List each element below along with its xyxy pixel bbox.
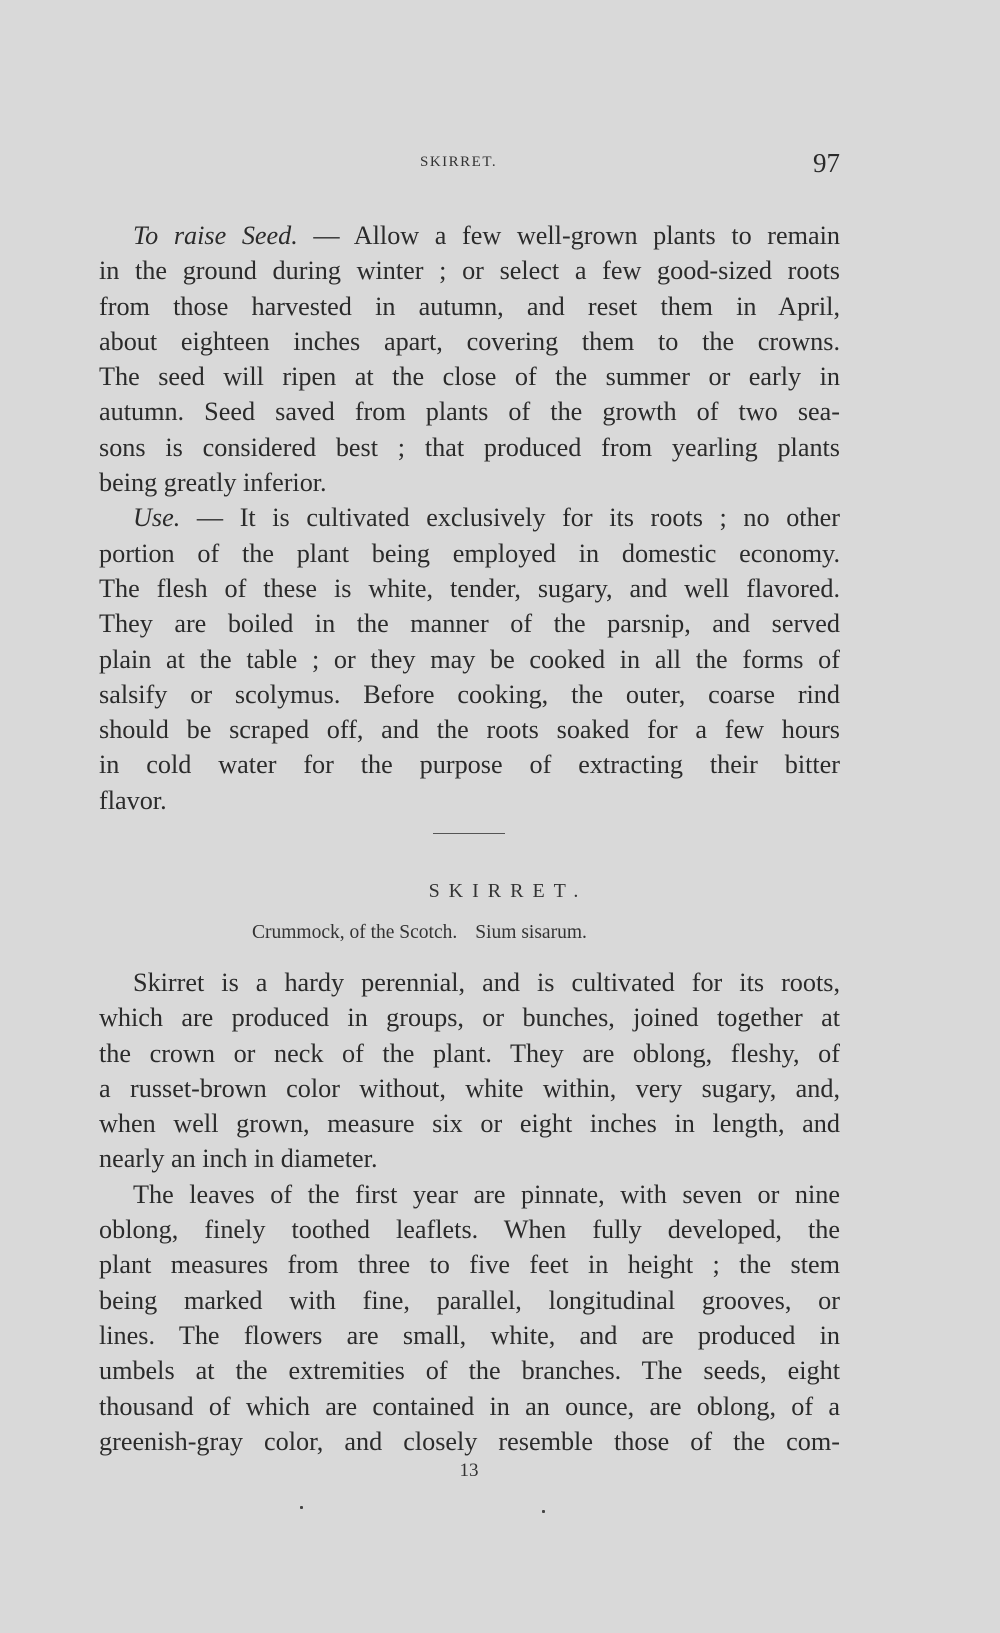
text-line: greenish-gray color, and closely resembl… bbox=[99, 1424, 840, 1459]
text-line: Skirret is a hardy perennial, and is cul… bbox=[99, 965, 840, 1000]
text-line: sons is considered best ; that produced … bbox=[99, 430, 840, 465]
text-line: thousand of which are contained in an ou… bbox=[99, 1389, 840, 1424]
text-line: a russet-brown color without, white with… bbox=[99, 1071, 840, 1106]
paragraph-use: Use. — It is cultivated exclusively for … bbox=[99, 500, 840, 818]
page-number: 97 bbox=[813, 148, 840, 179]
text-line: the crown or neck of the plant. They are… bbox=[99, 1036, 840, 1071]
section-subtitle: Crummock, of the Scotch.Sium sisarum. bbox=[252, 922, 682, 944]
paper-speck bbox=[300, 1506, 303, 1509]
text-line: which are produced in groups, or bunches… bbox=[99, 1000, 840, 1035]
lead-in-to-raise-seed: To raise Seed. bbox=[133, 221, 298, 250]
text-line: nearly an inch in diameter. bbox=[99, 1141, 840, 1176]
section-divider-rule bbox=[433, 833, 505, 834]
text-line: in cold water for the purpose of extract… bbox=[99, 747, 840, 782]
text-line: about eighteen inches apart, covering th… bbox=[99, 324, 840, 359]
lead-in-use: Use. bbox=[133, 503, 180, 532]
text-line: oblong, finely toothed leaflets. When fu… bbox=[99, 1212, 840, 1247]
text-line: The flesh of these is white, tender, sug… bbox=[99, 571, 840, 606]
text-line: lines. The flowers are small, white, and… bbox=[99, 1318, 840, 1353]
paragraph-to-raise-seed: To raise Seed. — Allow a few well-grown … bbox=[99, 218, 840, 500]
latin-name: Sium sisarum. bbox=[475, 922, 587, 943]
text-line: from those harvested in autumn, and rese… bbox=[99, 289, 840, 324]
text-line: when well grown, measure six or eight in… bbox=[99, 1106, 840, 1141]
running-title: SKIRRET. bbox=[420, 154, 497, 171]
text-line: plain at the table ; or they may be cook… bbox=[99, 642, 840, 677]
text-line: salsify or scolymus. Before cooking, the… bbox=[99, 677, 840, 712]
text-line: The seed will ripen at the close of the … bbox=[99, 359, 840, 394]
book-page: SKIRRET. 97 To raise Seed. — Allow a few… bbox=[0, 0, 1000, 1633]
section-title: SKIRRET. bbox=[0, 880, 1000, 903]
paragraph-leaves-and-seeds: The leaves of the first year are pinnate… bbox=[99, 1177, 840, 1459]
text-line: being greatly inferior. bbox=[99, 465, 840, 500]
text-line: umbels at the extremities of the branche… bbox=[99, 1353, 840, 1388]
text-line: They are boiled in the manner of the par… bbox=[99, 606, 840, 641]
signature-mark: 13 bbox=[0, 1460, 1000, 1482]
text-line: being marked with fine, parallel, longit… bbox=[99, 1283, 840, 1318]
text-line: portion of the plant being employed in d… bbox=[99, 536, 840, 571]
text-line: plant measures from three to five feet i… bbox=[99, 1247, 840, 1282]
text-line: in the ground during winter ; or select … bbox=[99, 253, 840, 288]
common-name: Crummock, of the Scotch. bbox=[252, 922, 457, 943]
section-skirret-description: Skirret is a hardy perennial, and is cul… bbox=[99, 965, 840, 1459]
text-line: The leaves of the first year are pinnate… bbox=[99, 1177, 840, 1212]
paper-speck bbox=[542, 1510, 545, 1513]
paragraph-description: Skirret is a hardy perennial, and is cul… bbox=[99, 965, 840, 1177]
text-line: flavor. bbox=[99, 783, 840, 818]
text-line: should be scraped off, and the roots soa… bbox=[99, 712, 840, 747]
running-head: SKIRRET. 97 bbox=[98, 148, 840, 184]
text-line: autumn. Seed saved from plants of the gr… bbox=[99, 394, 840, 429]
section-to-raise-seed-and-use: To raise Seed. — Allow a few well-grown … bbox=[99, 218, 840, 818]
